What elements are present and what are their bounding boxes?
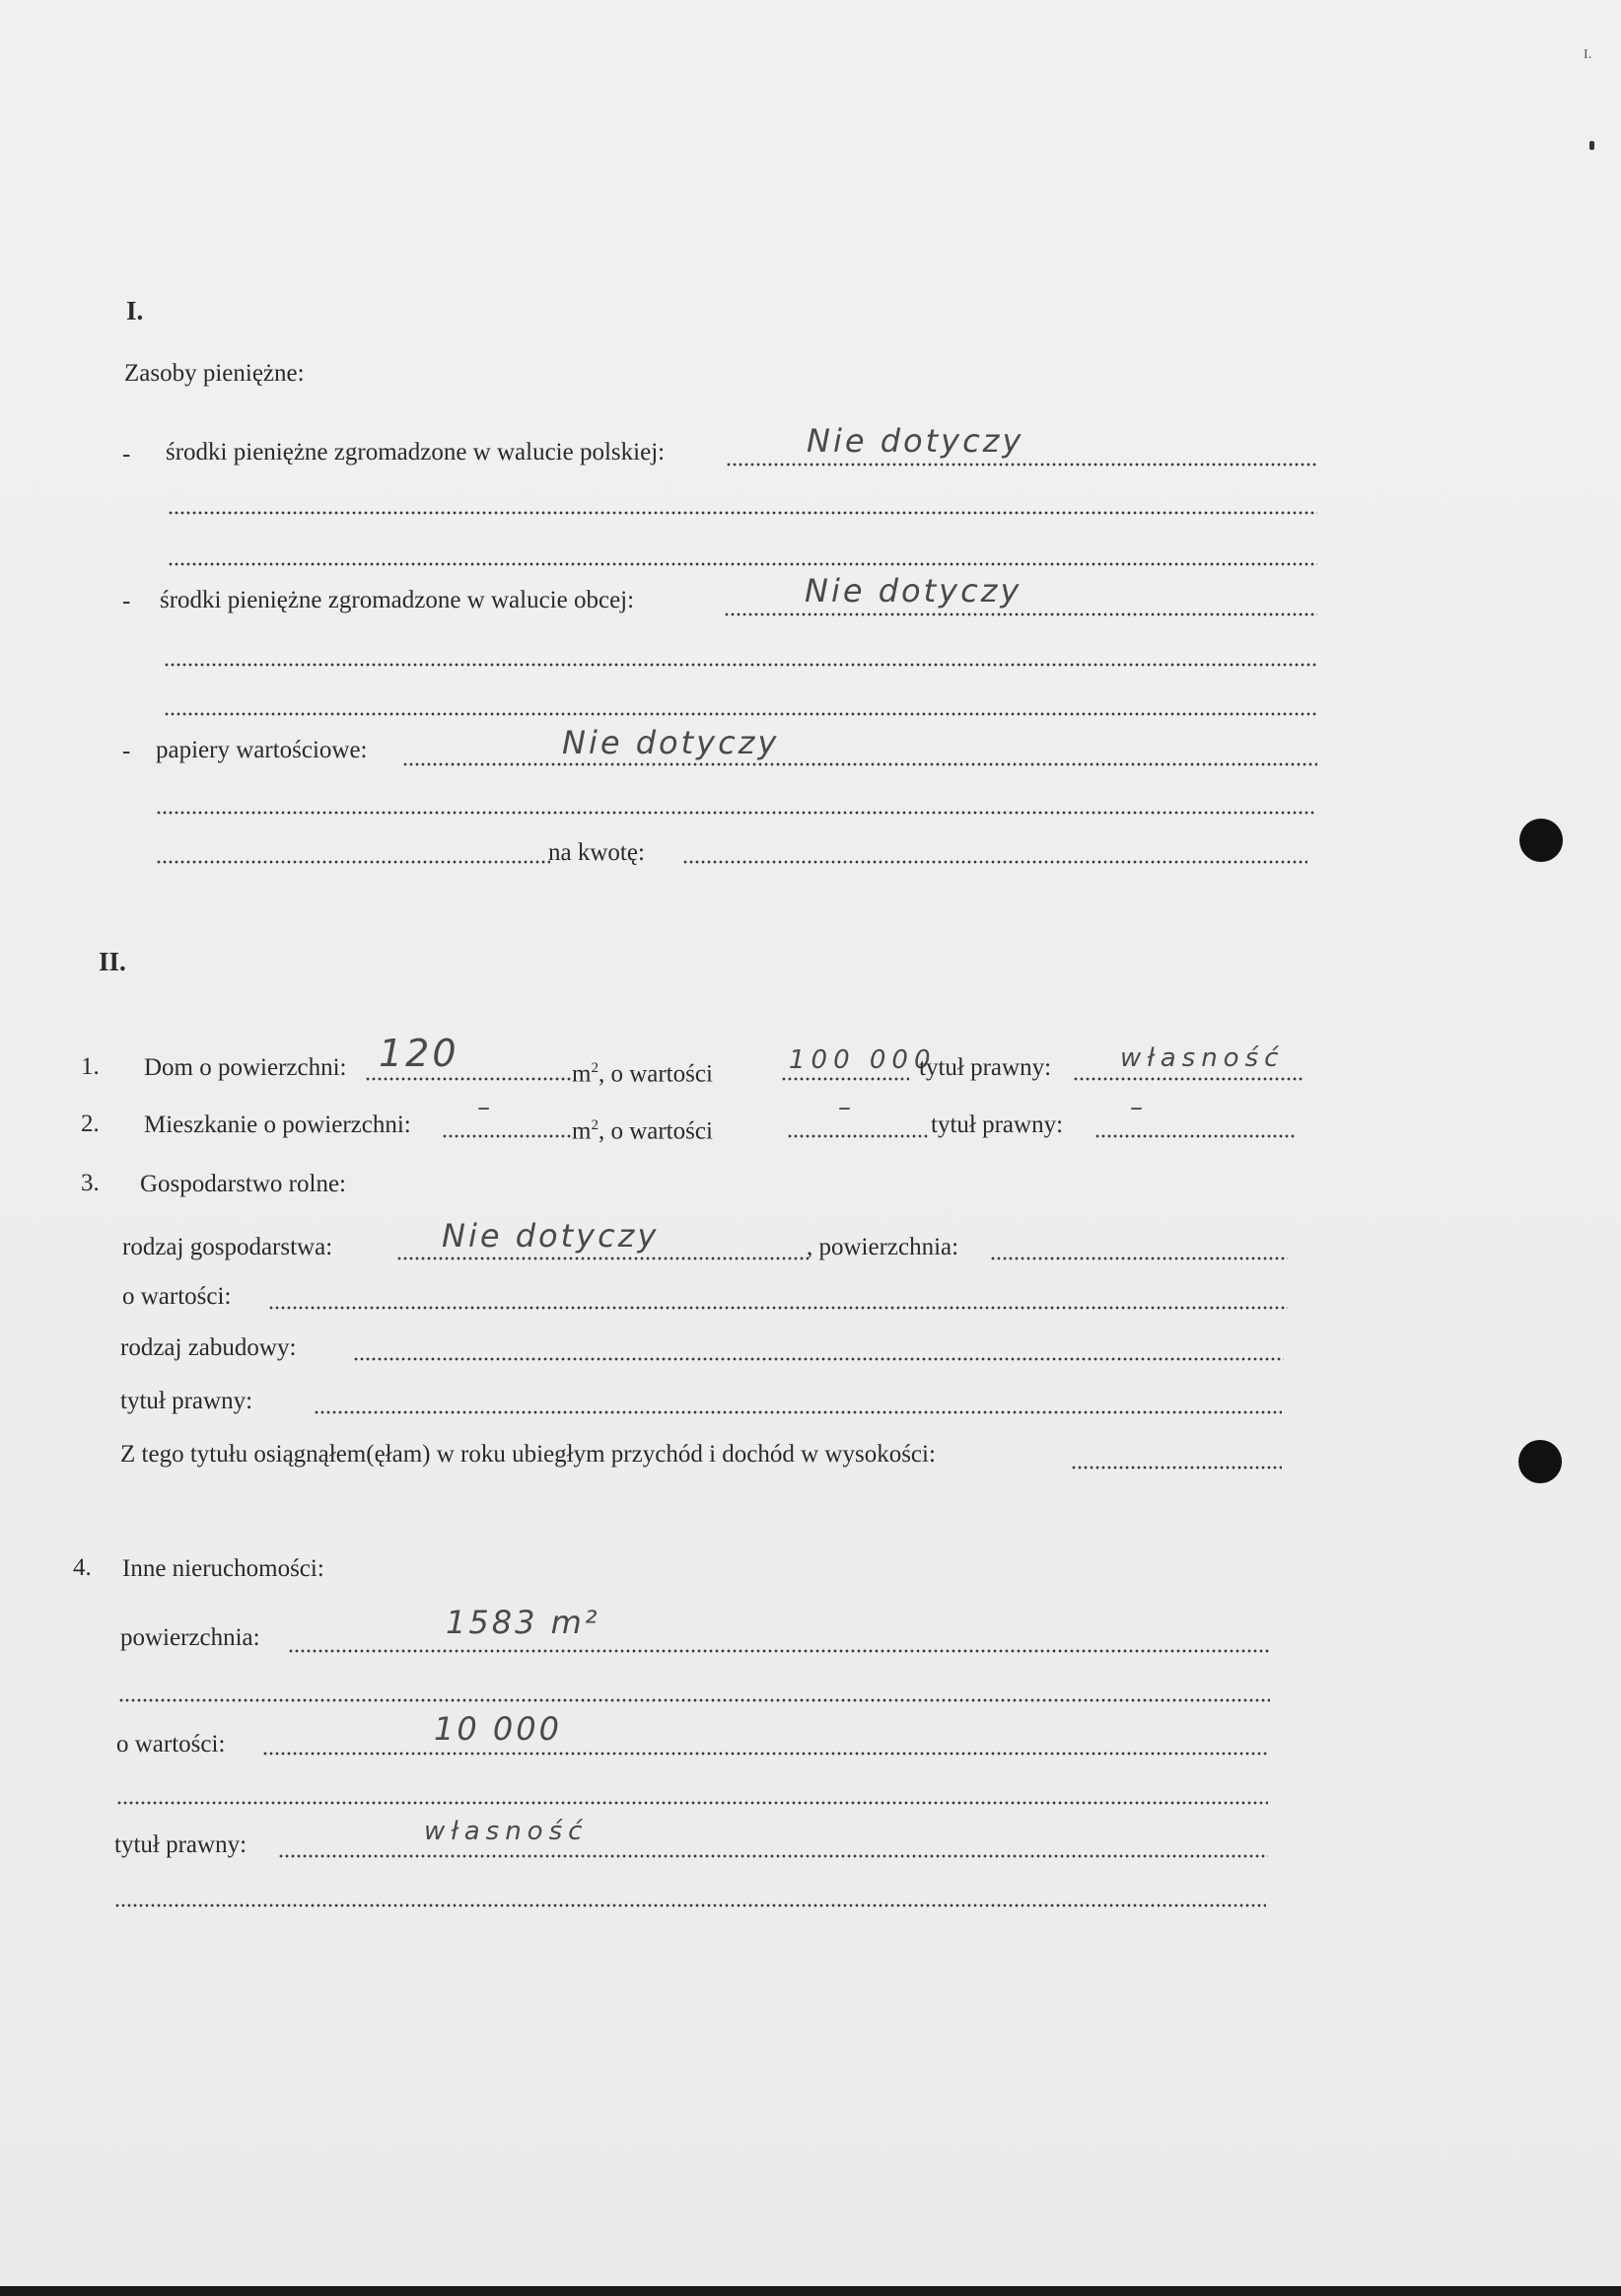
bullet: -	[122, 738, 130, 765]
value-apartment-area: –	[477, 1093, 496, 1122]
label-other-area: powierzchnia:	[120, 1623, 260, 1653]
field-securities-line-3[interactable]	[156, 860, 550, 864]
field-amount[interactable]	[682, 860, 1307, 864]
field-farm-income[interactable]	[1071, 1466, 1282, 1470]
scanned-page: I. I. Zasoby pieniężne: - środki pienięż…	[0, 0, 1621, 2296]
value-foreign-funds: Nie dotyczy	[805, 572, 1022, 610]
value-other-title: własność	[424, 1817, 588, 1846]
label-pln-funds: środki pieniężne zgromadzone w walucie p…	[166, 438, 665, 467]
label-amount: na kwotę:	[548, 838, 645, 868]
unit: m	[572, 1117, 591, 1144]
field-farm-type[interactable]	[396, 1256, 809, 1260]
section-2-heading: II.	[99, 947, 126, 977]
label-house-title: tytuł prawny:	[919, 1053, 1051, 1083]
label-apartment-value: , o wartości	[599, 1117, 713, 1144]
field-securities[interactable]	[402, 762, 1317, 766]
section-1-heading: I.	[126, 296, 143, 326]
field-apartment-area[interactable]	[442, 1134, 572, 1138]
scan-speck	[1589, 141, 1594, 150]
label-house-value: , o wartości	[599, 1060, 713, 1087]
item-number: 4.	[73, 1554, 92, 1582]
value-farm-type: Nie dotyczy	[442, 1217, 659, 1255]
field-apartment-title[interactable]	[1094, 1134, 1296, 1138]
field-securities-line-2[interactable]	[156, 811, 1315, 815]
label-apartment-title: tytuł prawny:	[931, 1111, 1063, 1140]
field-farm-title[interactable]	[314, 1410, 1282, 1414]
field-other-area[interactable]	[288, 1649, 1270, 1653]
punch-hole-bottom	[1518, 1440, 1562, 1483]
value-other-area: 1583 m²	[446, 1604, 600, 1641]
value-apartment-value: –	[838, 1093, 857, 1122]
label-securities: papiery wartościowe:	[156, 736, 368, 765]
field-farm-value[interactable]	[268, 1306, 1288, 1310]
label-farm-title: tytuł prawny:	[120, 1387, 252, 1416]
field-other-area-line-2[interactable]	[118, 1698, 1270, 1702]
field-other-title-line-2[interactable]	[114, 1903, 1266, 1907]
unit-exponent: 2	[591, 1060, 599, 1076]
corner-mark: I.	[1584, 47, 1591, 63]
field-pln-funds-line-3[interactable]	[168, 562, 1317, 566]
field-house-value[interactable]	[781, 1077, 909, 1081]
value-apartment-title: –	[1130, 1093, 1149, 1122]
label-other-realestate: Inne nieruchomości:	[122, 1554, 324, 1584]
unit-exponent: 2	[591, 1117, 599, 1133]
label-other-title: tytuł prawny:	[114, 1830, 247, 1860]
label-farm-income: Z tego tytułu osiągnąłem(ęłam) w roku ub…	[120, 1440, 936, 1470]
value-pln-funds: Nie dotyczy	[807, 422, 1023, 460]
label-farm-value: o wartości:	[122, 1282, 231, 1312]
field-foreign-funds-line-3[interactable]	[164, 712, 1317, 716]
bullet: -	[122, 588, 130, 615]
label-apartment-unit: m2, o wartości	[572, 1111, 713, 1146]
label-apartment-area: Mieszkanie o powierzchni:	[144, 1111, 411, 1140]
label-farm-buildings: rodzaj zabudowy:	[120, 1333, 296, 1363]
field-house-title[interactable]	[1073, 1077, 1304, 1081]
label-farm: Gospodarstwo rolne:	[140, 1170, 346, 1199]
label-foreign-funds: środki pieniężne zgromadzone w walucie o…	[160, 586, 634, 615]
value-house-value: 100 000	[789, 1045, 937, 1075]
field-house-area[interactable]	[365, 1077, 572, 1081]
value-securities: Nie dotyczy	[562, 724, 779, 761]
field-farm-buildings[interactable]	[353, 1357, 1284, 1361]
bullet: -	[122, 441, 130, 468]
field-other-value[interactable]	[262, 1752, 1268, 1756]
label-farm-type: rodzaj gospodarstwa:	[122, 1233, 332, 1262]
item-number: 1.	[81, 1053, 100, 1081]
value-other-value: 10 000	[434, 1710, 562, 1748]
value-house-title: własność	[1120, 1043, 1284, 1073]
item-number: 2.	[81, 1111, 100, 1138]
value-house-area: 120	[379, 1032, 459, 1075]
field-other-title[interactable]	[278, 1854, 1268, 1858]
scanner-edge	[0, 2286, 1621, 2296]
section-1-title: Zasoby pieniężne:	[124, 359, 305, 389]
label-house-area: Dom o powierzchni:	[144, 1053, 347, 1083]
field-foreign-funds[interactable]	[724, 612, 1317, 616]
field-apartment-value[interactable]	[787, 1134, 929, 1138]
punch-hole-top	[1519, 819, 1563, 862]
field-farm-area[interactable]	[990, 1256, 1288, 1260]
label-farm-area: , powierzchnia:	[807, 1233, 958, 1262]
field-other-value-line-2[interactable]	[116, 1801, 1268, 1805]
unit: m	[572, 1060, 591, 1087]
field-foreign-funds-line-2[interactable]	[164, 663, 1317, 667]
label-other-value: o wartości:	[116, 1730, 225, 1759]
label-house-unit: m2, o wartości	[572, 1053, 713, 1089]
field-pln-funds-line-2[interactable]	[168, 511, 1317, 515]
field-pln-funds[interactable]	[726, 463, 1317, 466]
item-number: 3.	[81, 1170, 100, 1197]
